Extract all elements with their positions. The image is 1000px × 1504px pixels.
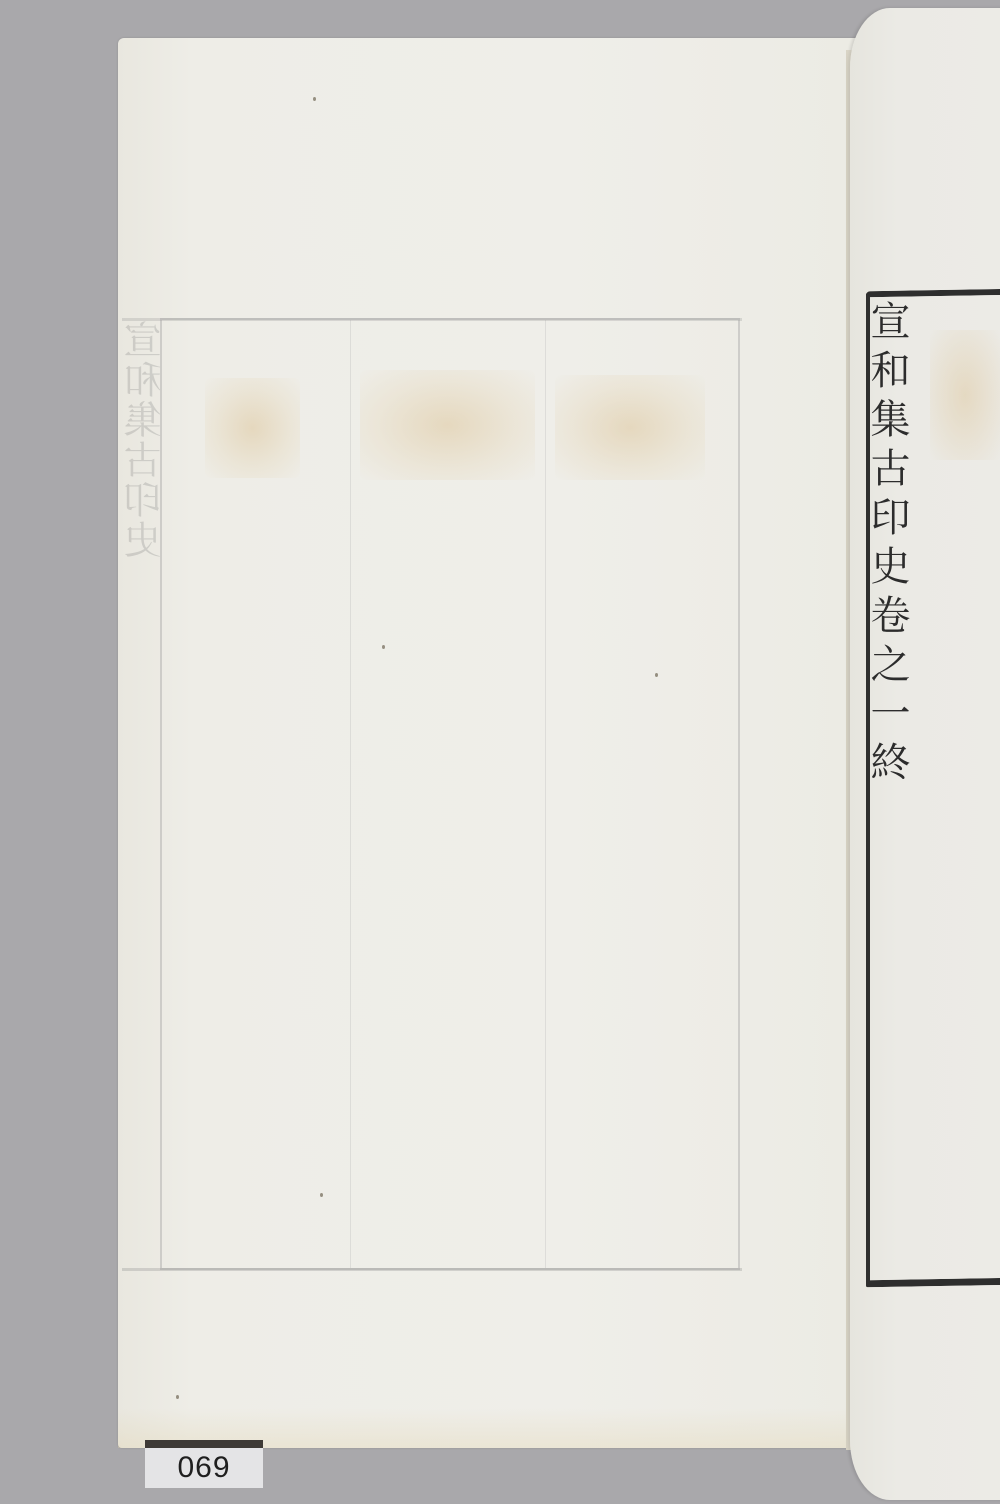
- page-number-tag: 069: [145, 1440, 263, 1488]
- ghost-column-divider: [545, 320, 546, 1268]
- paper-speck: [176, 1395, 179, 1399]
- paper-speck: [320, 1193, 323, 1197]
- ghost-frame-bottom-rule: [122, 1268, 742, 1271]
- paper-speck: [313, 97, 316, 101]
- ghost-margin-text: 宣和集古印史: [118, 320, 162, 650]
- paper-speck: [655, 673, 658, 677]
- volume-end-title: 宣和集古印史卷之一終: [862, 300, 912, 920]
- ghost-column-divider: [350, 320, 351, 1268]
- paper-speck: [382, 645, 385, 649]
- stain-mark: [360, 370, 535, 480]
- stain-mark: [555, 375, 705, 480]
- tag-color-bar: [145, 1440, 263, 1448]
- page-number: 069: [145, 1450, 263, 1486]
- stain-mark: [205, 378, 300, 478]
